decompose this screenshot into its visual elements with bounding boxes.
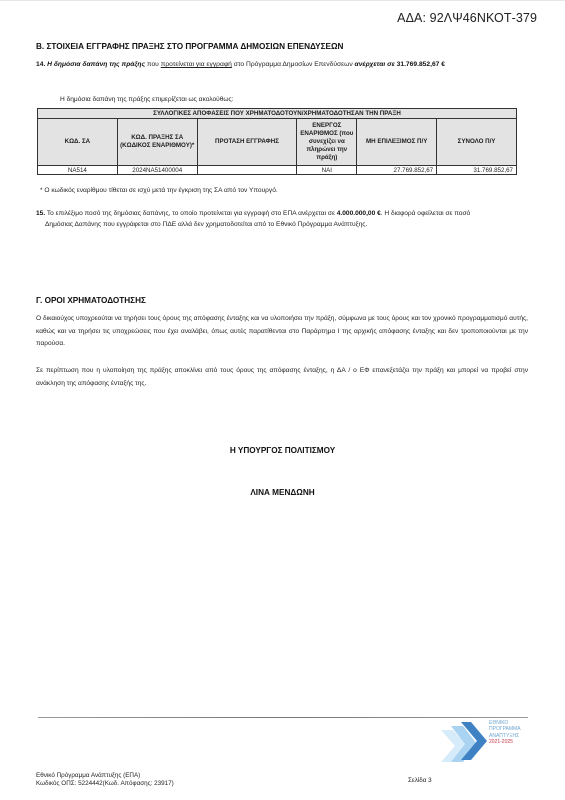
cell-total: 31.769.852,67 <box>437 166 517 175</box>
table-group-header: ΣΥΛΛΟΓΙΚΕΣ ΑΠΟΦΑΣΕΙΣ ΠΟΥ ΧΡΗΜΑΤΟΔΟΤΟΥΝ/Χ… <box>38 109 517 119</box>
epa-logo-icon <box>437 716 537 766</box>
footer-info: Εθνικό Πρόγραμμα Ανάπτυξης (ΕΠΑ) Κωδικός… <box>36 772 174 788</box>
funding-table: ΣΥΛΛΟΓΙΚΕΣ ΑΠΟΦΑΣΕΙΣ ΠΟΥ ΧΡΗΜΑΤΟΔΟΤΟΥΝ/Χ… <box>37 108 517 175</box>
item-14-text-2: στο Πρόγραμμα Δημοσίων Επενδύσεων <box>232 61 355 68</box>
section-b-title: Β. ΣΤΟΙΧΕΙΑ ΕΓΓΡΑΦΗΣ ΠΡΑΞΗΣ ΣΤΟ ΠΡΟΓΡΑΜΜ… <box>36 42 343 51</box>
footer-line-2: Κωδικός ΟΠΣ: 5224442(Κωδ. Απόφασης: 2391… <box>36 780 174 788</box>
section-c-title: Γ. ΟΡΟΙ ΧΡΗΜΑΤΟΔΟΤΗΣΗΣ <box>36 296 146 305</box>
logo-years: 2021-2025 <box>489 739 521 745</box>
cell-active: ΝΑΙ <box>297 166 357 175</box>
col-header: ΜΗ ΕΠΙΛΕΞΙΜΟΣ Π/Υ <box>357 119 437 166</box>
item-14-amount-label: ανέρχεται σε <box>355 61 395 68</box>
item-14-underlined: προτείνεται για εγγραφή <box>161 61 232 68</box>
col-header: ΚΩΔ. ΣΑ <box>38 119 118 166</box>
section-c-para-2: Σε περίπτωση που η υλοποίηση της πράξης … <box>36 365 528 390</box>
item-15-line-2: Δημόσιας Δαπάνης που εγγράφεται στο ΠΔΕ … <box>36 221 367 228</box>
cell-project-code: 2024ΝΑ51400004 <box>117 166 197 175</box>
table-intro: Η δημόσια δαπάνη της πράξης επιμερίζεται… <box>60 94 234 105</box>
item-15-number: 15. <box>36 210 45 217</box>
col-header: ΕΝΕΡΓΟΣ ΕΝΑΡΙΘΜΟΣ (που συνεχίζει να πληρ… <box>297 119 357 166</box>
section-c-para-1: Ο δικαιούχος υποχρεούται να τηρήσει τους… <box>36 313 528 351</box>
cell-non-eligible: 27.769.852,67 <box>357 166 437 175</box>
col-header: ΣΥΝΟΛΟ Π/Υ <box>437 119 517 166</box>
signature-role: Η ΥΠΟΥΡΓΟΣ ΠΟΛΙΤΙΣΜΟΥ <box>0 446 565 455</box>
epa-logo-text: ΕΘΝΙΚΟ ΠΡΟΓΡΑΜΜΑ ΑΝΑΠΤΥΞΗΣ 2021-2025 <box>489 720 521 746</box>
table-row: ΝΑ514 2024ΝΑ51400004 ΝΑΙ 27.769.852,67 3… <box>38 166 517 175</box>
item-14: 14. Η δημόσια δαπάνη της πράξης που προτ… <box>36 59 445 70</box>
footer-line-1: Εθνικό Πρόγραμμα Ανάπτυξης (ΕΠΑ) <box>36 772 174 780</box>
item-14-number: 14. <box>36 61 45 68</box>
footnote: * Ο κωδικός εναρίθμου τίθεται σε ισχύ με… <box>40 185 278 196</box>
item-15-amount: 4.000.000,00 € <box>337 210 381 217</box>
cell-proposal <box>197 166 297 175</box>
cell-sa-code: ΝΑ514 <box>38 166 118 175</box>
col-header: ΚΩΔ. ΠΡΑΞΗΣ ΣΑ (ΚΩΔΙΚΟΣ ΕΝΑΡΙΘΜΟΥ)* <box>117 119 197 166</box>
item-14-lead: Η δημόσια δαπάνη της πράξης <box>47 61 145 68</box>
item-14-amount: 31.769.852,67 € <box>395 61 445 68</box>
item-15-text: Το επιλέξιμο ποσό της δημόσιας δαπάνης, … <box>45 210 337 217</box>
signature-name: ΛΙΝΑ ΜΕΝΔΩΝΗ <box>0 488 565 497</box>
col-header: ΠΡΟΤΑΣΗ ΕΓΓΡΑΦΗΣ <box>197 119 297 166</box>
item-15: 15. Το επιλέξιμο ποσό της δημόσιας δαπάν… <box>36 208 470 230</box>
item-15-text-2: . Η διαφορά οφείλεται σε ποσό <box>381 210 470 217</box>
item-14-text: που <box>145 61 161 68</box>
logo-line-2: ΠΡΟΓΡΑΜΜΑ <box>489 726 521 732</box>
page-number: Σελίδα 3 <box>408 777 432 784</box>
ada-code: ΑΔΑ: 92ΛΨ46ΝΚΟΤ-379 <box>397 11 537 25</box>
